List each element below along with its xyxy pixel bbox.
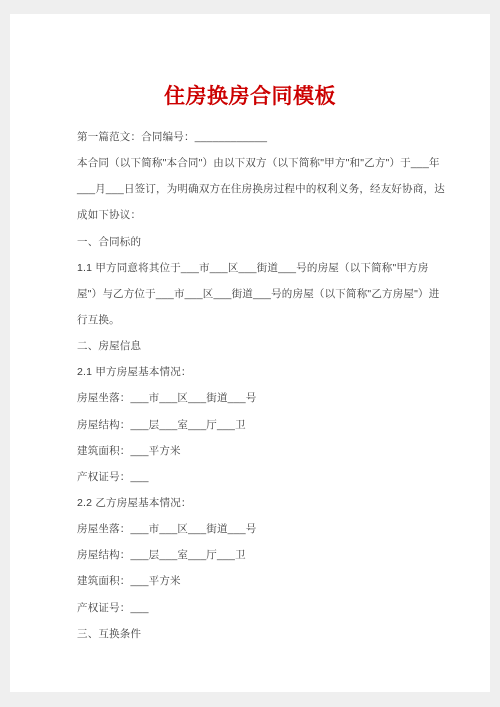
clause-1-1-line-1: 1.1 甲方同意将其位于___市___区___街道___号的房屋（以下简称"甲方…	[77, 255, 477, 281]
section-1-heading: 一、合同标的	[77, 229, 477, 255]
party-a-house-structure: 房屋结构：___层___室___厅___卫	[77, 412, 477, 438]
preamble-line-2: ___月___日签订，为明确双方在住房换房过程中的权利义务，经友好协商，达	[77, 176, 477, 202]
section-2-heading: 二、房屋信息	[77, 333, 477, 359]
party-a-house-area: 建筑面积：___平方米	[77, 438, 477, 464]
party-a-house-cert: 产权证号：___	[77, 464, 477, 490]
clause-1-1-line-3: 行互换。	[77, 307, 477, 333]
document-title: 住房换房合同模板	[10, 83, 490, 110]
party-b-house-cert: 产权证号：___	[77, 595, 477, 621]
section-3-heading: 三、互换条件	[77, 621, 477, 647]
clause-2-1-heading: 2.1 甲方房屋基本情况：	[77, 359, 477, 385]
preamble-line-3: 成如下协议：	[77, 202, 477, 228]
document-body: 第一篇范文：合同编号：____________ 本合同（以下简称"本合同"）由以…	[77, 124, 477, 647]
party-b-house-location: 房屋坐落：___市___区___街道___号	[77, 516, 477, 542]
clause-1-1-line-2: 屋"）与乙方位于___市___区___街道___号的房屋（以下简称"乙方房屋"）…	[77, 281, 477, 307]
contract-number-line: 第一篇范文：合同编号：____________	[77, 124, 477, 150]
party-b-house-area: 建筑面积：___平方米	[77, 568, 477, 594]
document-page: 住房换房合同模板 第一篇范文：合同编号：____________ 本合同（以下简…	[10, 14, 490, 692]
clause-2-2-heading: 2.2 乙方房屋基本情况：	[77, 490, 477, 516]
party-b-house-structure: 房屋结构：___层___室___厅___卫	[77, 542, 477, 568]
screenshot-background: { "page": { "background_color": "#efefef…	[0, 0, 500, 707]
preamble-line-1: 本合同（以下简称"本合同"）由以下双方（以下简称"甲方"和"乙方"）于___年	[77, 150, 477, 176]
party-a-house-location: 房屋坐落：___市___区___街道___号	[77, 385, 477, 411]
